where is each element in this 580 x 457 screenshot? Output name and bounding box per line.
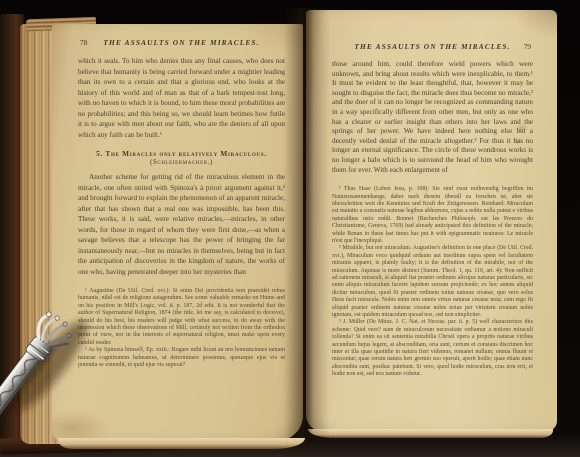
right-page: THE ASSAULTS ON THE MIRACLES. 79 those a… [306,10,557,431]
left-page-number: 78 [80,38,87,47]
section-heading: 5. The Miracles only relatively Miraculo… [78,149,285,158]
left-footnote-2: ² As by Spinoza himself, Ep. xxiii.: Rog… [78,347,285,369]
section-subheading: (Schleiermacher.) [78,159,285,166]
right-page-text-column: THE ASSAULTS ON THE MIRACLES. 79 those a… [306,10,557,431]
left-footnotes: ¹ Augustine (De Util. Cred. xvi.): Si en… [78,288,285,369]
right-running-title: THE ASSAULTS ON THE MIRACLES. [332,42,533,51]
silver-bookmark-icon [0,264,104,420]
left-footnote-1: ¹ Augustine (De Util. Cred. xvi.): Si en… [78,288,285,347]
left-paragraph-continuation: which it seals. To him who denies thus a… [78,56,285,140]
photo-open-book: 78 THE ASSAULTS ON THE MIRACLES. which i… [0,0,580,457]
right-footnotes: ¹ Thus Hase (Leben Jesu, p. 108): Sie si… [332,186,533,379]
left-running-title: THE ASSAULTS ON THE MIRACLES. [78,38,285,47]
left-page-header: 78 THE ASSAULTS ON THE MIRACLES. [78,38,285,49]
right-page-number: 79 [524,42,531,51]
right-footnote-1: ¹ Thus Hase (Leben Jesu, p. 108): Sie si… [332,186,533,245]
right-page-header: THE ASSAULTS ON THE MIRACLES. 79 [332,42,533,53]
right-footnote-2: ² Mirabile, but not miraculum. Augustine… [332,245,533,319]
right-paragraph: those around him, could therefore wield … [332,60,533,175]
right-footnote-3: ³ J. Müller (De Mirac. J. C. Nat. et Nec… [332,319,533,378]
left-paragraph-2: Another scheme for getting rid of the mi… [78,172,285,277]
